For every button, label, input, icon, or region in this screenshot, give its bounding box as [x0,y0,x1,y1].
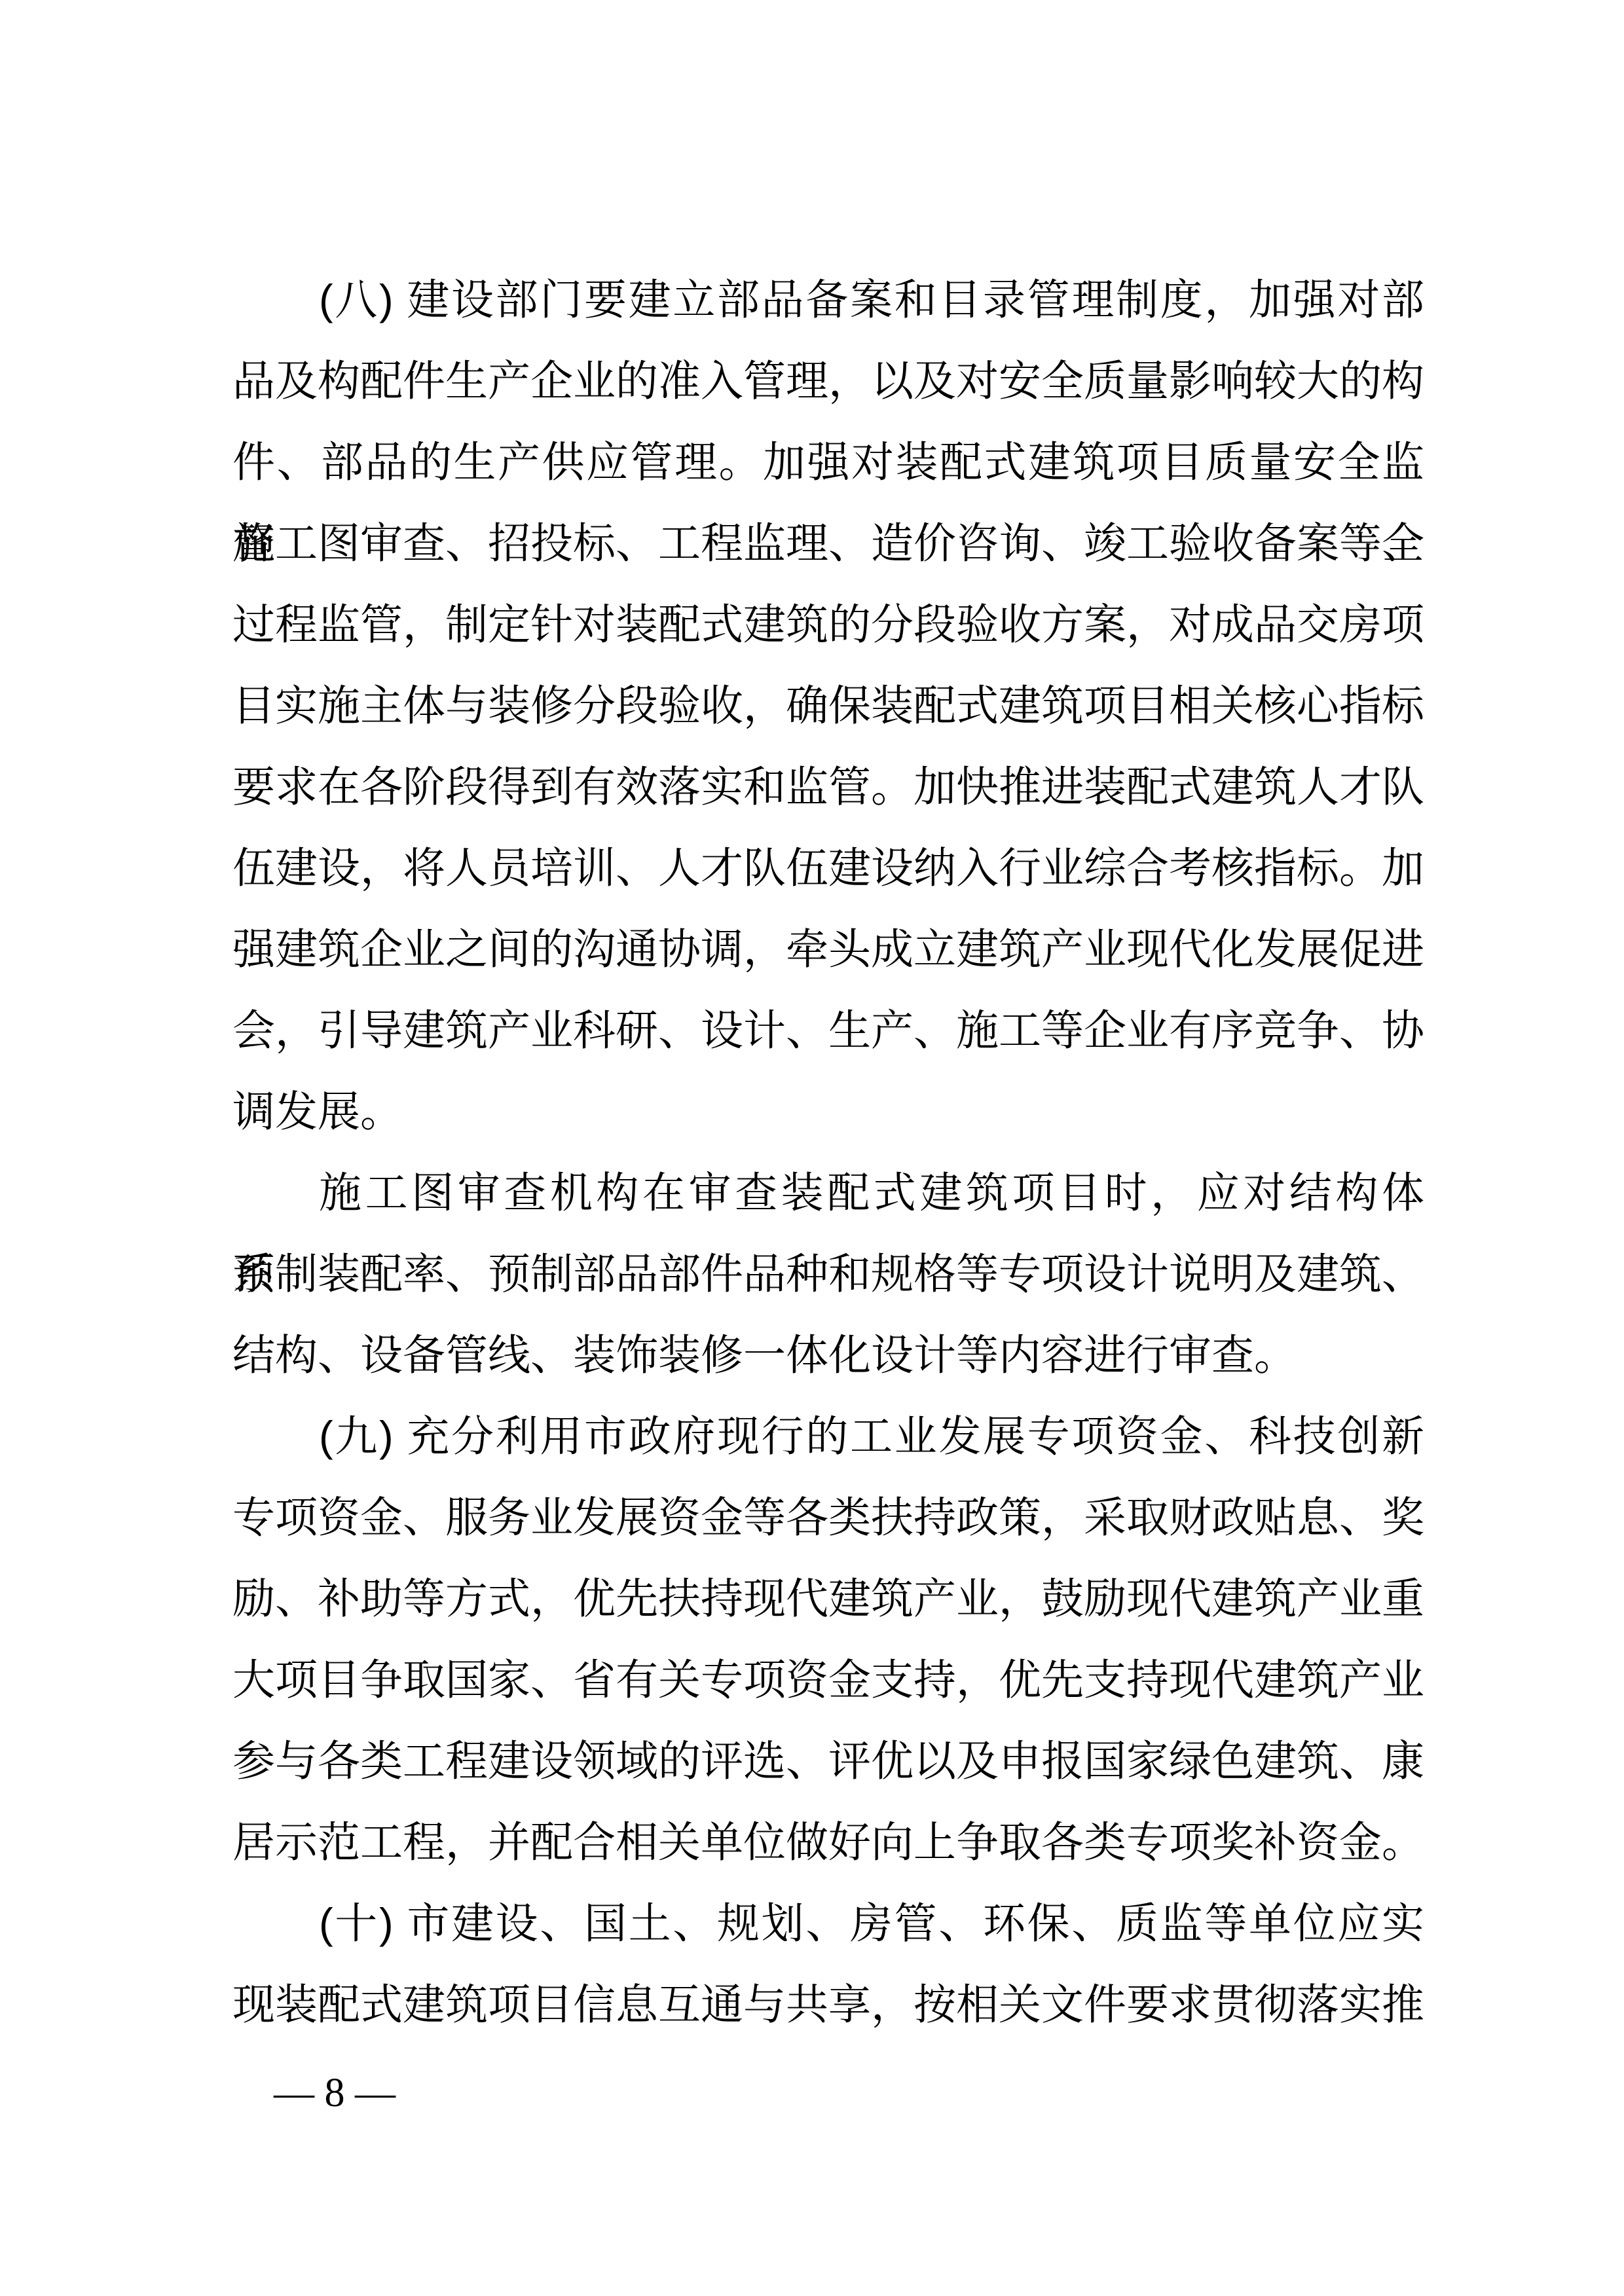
text-line: 专项资金、服务业发展资金等各类扶持政策，采取财政贴息、奖 [232,1477,1424,1558]
text-line: 要求在各阶段得到有效落实和监管。加快推进装配式建筑人才队 [232,746,1424,828]
text-line: (十) 市建设、国土、规划、房管、环保、质监等单位应实 [232,1883,1424,1964]
text-line: 调发展。 [232,1071,1424,1152]
page-number: — 8 — [274,2071,396,2115]
document-body: (八) 建设部门要建立部品备案和目录管理制度，加强对部品及构配件生产企业的准入管… [232,259,1424,2045]
text-line: 大项目争取国家、省有关专项资金支持，优先支持现代建筑产业 [232,1639,1424,1721]
text-line: 结构、设备管线、装饰装修一体化设计等内容进行审查。 [232,1315,1424,1396]
text-line: 品及构配件生产企业的准入管理，以及对安全质量影响较大的构 [232,340,1424,422]
text-line: 目实施主体与装修分段验收，确保装配式建筑项目相关核心指标 [232,665,1424,746]
text-line: 预制装配率、预制部品部件品种和规格等专项设计说明及建筑、 [232,1233,1424,1315]
text-line: 施工图审查、招投标、工程监理、造价咨询、竣工验收备案等全 [232,503,1424,584]
text-line: 件、部品的生产供应管理。加强对装配式建筑项目质量安全监督、 [232,422,1424,503]
text-line: (九) 充分利用市政府现行的工业发展专项资金、科技创新 [232,1396,1424,1477]
document-page: (八) 建设部门要建立部品备案和目录管理制度，加强对部品及构配件生产企业的准入管… [0,0,1624,2296]
text-line: 励、补助等方式，优先扶持现代建筑产业，鼓励现代建筑产业重 [232,1558,1424,1639]
text-line: (八) 建设部门要建立部品备案和目录管理制度，加强对部 [232,259,1424,340]
text-line: 过程监管，制定针对装配式建筑的分段验收方案，对成品交房项 [232,584,1424,665]
text-line: 会，引导建筑产业科研、设计、生产、施工等企业有序竞争、协 [232,990,1424,1071]
text-line: 现装配式建筑项目信息互通与共享，按相关文件要求贯彻落实推 [232,1964,1424,2045]
text-line: 参与各类工程建设领域的评选、评优以及申报国家绿色建筑、康 [232,1721,1424,1802]
page-footer: — 8 — [274,2070,396,2116]
text-line: 施工图审查机构在审查装配式建筑项目时，应对结构体系、 [232,1152,1424,1233]
text-line: 伍建设，将人员培训、人才队伍建设纳入行业综合考核指标。加 [232,828,1424,909]
text-line: 居示范工程，并配合相关单位做好向上争取各类专项奖补资金。 [232,1802,1424,1883]
text-line: 强建筑企业之间的沟通协调，牵头成立建筑产业现代化发展促进 [232,909,1424,990]
